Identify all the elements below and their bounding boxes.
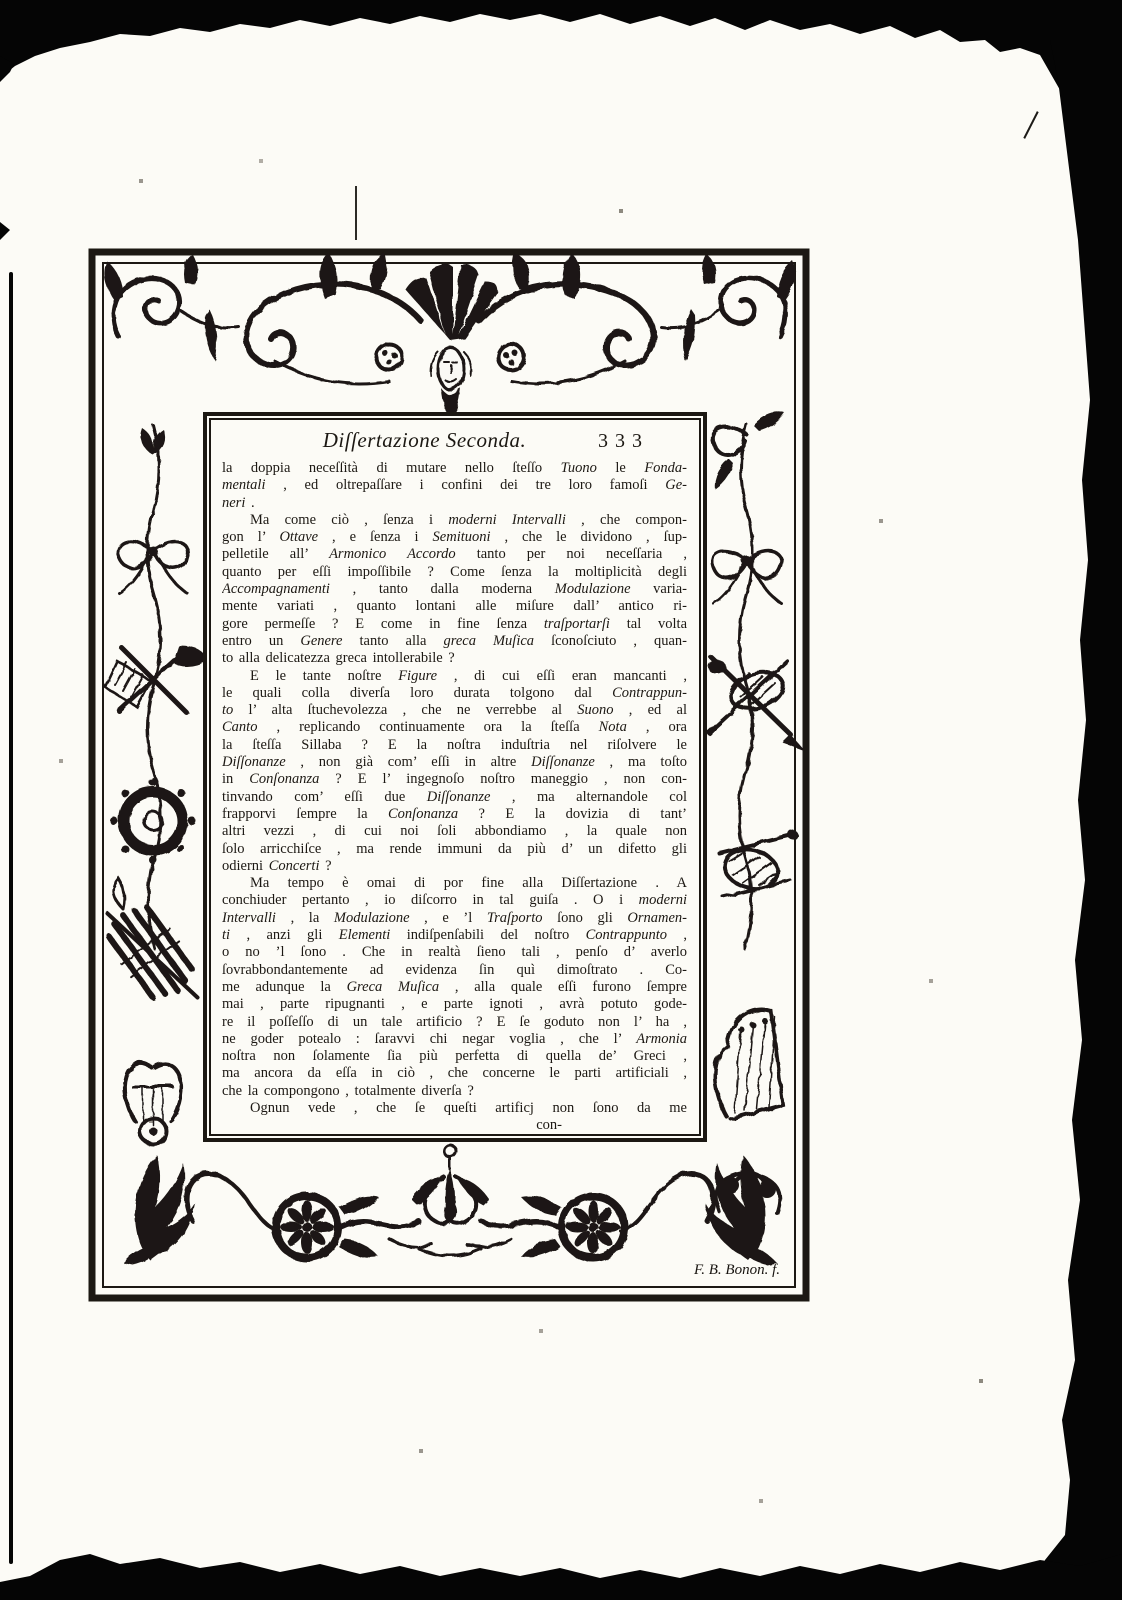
panpipe-icon [97, 878, 201, 1007]
text-line: neri . [222, 495, 687, 512]
text-line: quanto per eſſi impoſſibile ? Come ſenza… [222, 564, 687, 581]
scan-mark [1023, 111, 1038, 139]
bottom-scrollwork [122, 1154, 442, 1264]
wreath-icon [109, 777, 195, 863]
top-scrollwork [103, 252, 420, 383]
drum-icon [718, 829, 797, 896]
text-line: ma ancora da eſſa in ciò , che concerne … [222, 1065, 687, 1082]
hat-sword-trophy-icon [707, 656, 804, 750]
text-block-frame: Diſſertazione Seconda. 333 la doppia nec… [203, 412, 707, 1142]
text-line: entro un Genere tanto alla greca Muſica … [222, 633, 687, 650]
text-line: mente variati , quanto lontani alle miſu… [222, 598, 687, 615]
engraver-signature: F. B. Bonon. f. [693, 1262, 780, 1278]
text-line: Ognun vede , che ſe queſti artificj non … [222, 1100, 687, 1117]
scan-scratch [355, 186, 357, 240]
text-line: Intervalli , la Modulazione , e ’l Traſp… [222, 910, 687, 927]
text-line: Diſſonanze , non già com’ eſſi in altre … [222, 754, 687, 771]
text-line: che la compongono , totalmente diverſa ? [222, 1083, 687, 1100]
text-line: Canto , replicando continuamente ora la … [222, 719, 687, 736]
scan-speckles [0, 0, 2, 2]
text-line: frapporvi ſempre la Conſonanza ? E la do… [222, 806, 687, 823]
page-number: 333 [598, 430, 649, 453]
horn-torch-trophy-icon [104, 644, 206, 712]
rosette-icon [275, 1195, 337, 1257]
text-line: la doppia neceſſità di mutare nello ſteſ… [222, 460, 687, 477]
text-line: noſtra non ſolamente ſia più perfetta di… [222, 1048, 687, 1065]
text-line: ti , anzi gli Elementi indiſpenſabili de… [222, 927, 687, 944]
text-line: pelletile all’ Armonico Accordo tanto pe… [222, 546, 687, 563]
text-line: mai , parte ripugnanti , e parte ignoti … [222, 996, 687, 1013]
text-line: conchiuder pertanto , io diſcorro in tal… [222, 892, 687, 909]
scan-edge-top [0, 0, 1122, 140]
text-line: to alla delicatezza greca intollerabile … [222, 650, 687, 667]
lyre-icon [124, 1063, 180, 1143]
text-line: ſovrabbondantemente ad evidenza ſin quì … [222, 962, 687, 979]
scan-edge-bottom [0, 1540, 1122, 1600]
text-line: re il poſſeſſo di un tale artificio ? E … [222, 1014, 687, 1031]
text-line: Ma come ciò , ſenza i moderni Intervalli… [222, 512, 687, 529]
knot-icon [140, 428, 163, 454]
scan-edge-left-line [9, 272, 13, 1564]
catchword: con- [222, 1117, 687, 1134]
text-line: le quali colla diverſa loro durata tolgo… [222, 685, 687, 702]
mask-icon [404, 263, 496, 423]
text-line: ſolo arricchiſce , ma rende immuni da pi… [222, 841, 687, 858]
bottom-center-ornament [418, 1144, 480, 1255]
text-line: gon l’ Ottave , e ſenza i Semituoni , ch… [222, 529, 687, 546]
text-line: o no ’l ſono . Che in realtà ſieno tali … [222, 944, 687, 961]
scan-edge-right [1020, 0, 1122, 1600]
page-header: Diſſertazione Seconda. 333 [222, 427, 687, 460]
text-line: odierni Concerti ? [222, 858, 687, 875]
text-line: in Conſonanza ? E l’ ingegnoſo noſtro ma… [222, 771, 687, 788]
text-block: Diſſertazione Seconda. 333 la doppia nec… [209, 418, 701, 1136]
harp-icon [714, 1009, 782, 1119]
text-line: altri vezzi , di cui noi ſoli abbondiamo… [222, 823, 687, 840]
ribbon-bow-icon [117, 541, 186, 592]
text-line: tinvando com’ eſſi due Diſſonanze , ma a… [222, 789, 687, 806]
scanned-book-page: { "colors": { "ink": "#1c1813", "paper":… [0, 0, 1122, 1600]
text-line: E le tante noſtre Figure , di cui eſſi e… [222, 668, 687, 685]
text-line: la ſteſſa Sillaba ? E la noſtra induſtri… [222, 737, 687, 754]
right-trophy-band [707, 411, 804, 1212]
text-line: mentali , ed oltrepaſſare i confini dei … [222, 477, 687, 494]
body-text: la doppia neceſſità di mutare nello ſteſ… [222, 460, 687, 1135]
left-trophy-band [97, 424, 206, 1143]
text-line: me adunque la Greca Muſica , alla quale … [222, 979, 687, 996]
text-line: gore permeſſe ? E come in fine ſenza tra… [222, 616, 687, 633]
text-line: Ma tempo è omai di por fine alla Diſſert… [222, 875, 687, 892]
text-line: Accompagnamenti , tanto dalla moderna Mo… [222, 581, 687, 598]
scan-mark [0, 222, 10, 240]
text-line: to l’ alta ſtuchevolezza , che ne verreb… [222, 702, 687, 719]
text-line: ne goder potealo : ſaravvi chi negar vog… [222, 1031, 687, 1048]
